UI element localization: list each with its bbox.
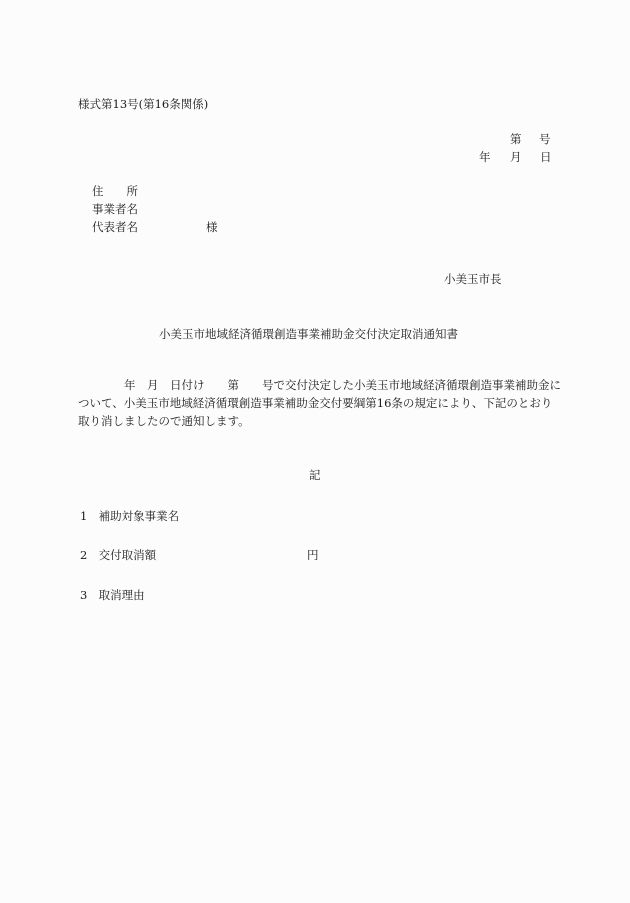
- item-label: 交付取消額: [99, 548, 157, 562]
- doc-number-dai: 第: [510, 131, 522, 147]
- item-cancel-reason: 3 取消理由: [80, 587, 145, 603]
- date-day: 日: [540, 149, 552, 165]
- body-line: 年 月 日付け 第 号で交付決定した小美玉市地域経済循環創造事業補助金に: [78, 377, 558, 395]
- ki-heading: 記: [309, 467, 321, 483]
- form-number: 様式第13号(第16条関係): [78, 96, 208, 112]
- business-name-label: 事業者名: [92, 201, 138, 217]
- date-year: 年: [479, 149, 491, 165]
- representative-label: 代表者名: [92, 219, 138, 235]
- item-number: 2: [80, 547, 95, 563]
- item-label: 補助対象事業名: [99, 509, 180, 523]
- body-paragraph: 年 月 日付け 第 号で交付決定した小美玉市地域経済循環創造事業補助金に ついて…: [78, 377, 558, 431]
- yen-unit: 円: [307, 547, 319, 563]
- item-number: 3: [80, 587, 95, 603]
- body-line: ついて、小美玉市地域経済循環創造事業補助金交付要綱第16条の規定により、下記のと…: [78, 395, 558, 413]
- honorific: 様: [206, 219, 218, 235]
- item-project-name: 1 補助対象事業名: [80, 508, 179, 524]
- document-title: 小美玉市地域経済循環創造事業補助金交付決定取消通知書: [159, 326, 458, 342]
- item-cancel-amount: 2 交付取消額: [80, 547, 156, 563]
- date-month: 月: [510, 149, 522, 165]
- doc-number-go: 号: [539, 131, 551, 147]
- issuer-name: 小美玉市長: [444, 271, 502, 287]
- item-label: 取消理由: [99, 588, 145, 602]
- address-label: 住 所: [92, 183, 138, 199]
- body-line: 取り消しましたので通知します。: [78, 413, 558, 431]
- item-number: 1: [80, 508, 95, 524]
